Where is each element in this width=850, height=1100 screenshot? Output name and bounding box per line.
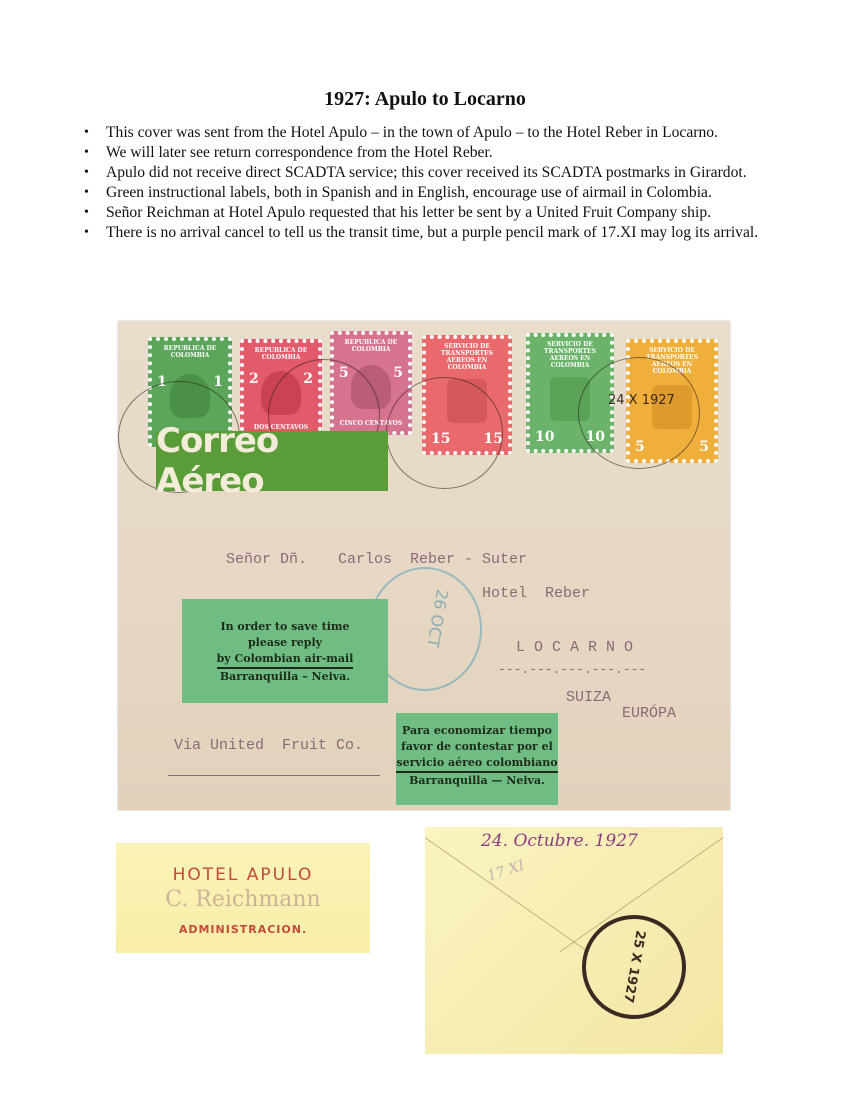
label-line: by Colombian air-mail [217,651,354,669]
stamp-country: SERVICIO DE TRANSPORTES AEREOS EN COLOMB… [532,341,608,369]
address-hotel: Hotel Reber [482,585,590,602]
stamp-value: 2 [249,371,259,415]
address-city: L O C A R N O [516,639,633,656]
label-line: please reply [182,635,388,651]
label-line: Barranquilla – Neiva. [182,669,388,685]
cachet-signature: C. Reichmann [116,887,370,912]
stamp-value: 5 [699,439,709,455]
envelope-front-image: REPUBLICA DE COLOMBIA 11 UN CENTAVO REPU… [118,321,730,810]
address-name: Carlos Reber - Suter [338,551,527,568]
routing-underline [168,775,380,776]
stamp-country: SERVICIO DE TRANSPORTES AEREOS EN COLOMB… [428,343,506,371]
label-line: Barranquilla — Neiva. [396,773,558,789]
stamp-country: REPUBLICA DE COLOMBIA [336,339,406,353]
bullet-item: Apulo did not receive direct SCADTA serv… [82,164,762,182]
spanish-airmail-label: Para economizar tiempo favor de contesta… [396,713,558,805]
routing-instruction: Via United Fruit Co. [174,737,363,754]
english-airmail-label: In order to save time please reply by Co… [182,599,388,703]
bullet-list: This cover was sent from the Hotel Apulo… [82,124,762,244]
address-salutation: Señor Dñ. [226,551,307,568]
label-line: servicio aéreo colombiano [396,755,557,773]
label-line: favor de contestar por el [396,739,558,755]
bullet-item: This cover was sent from the Hotel Apulo… [82,124,762,142]
page-title: 1927: Apulo to Locarno [0,88,850,111]
cancel-date: 25 X 1927 [620,926,649,1007]
label-line: In order to save time [182,619,388,635]
bullet-item: There is no arrival cancel to tell us th… [82,224,762,242]
postmark-cancel [578,357,700,469]
correo-aereo-label: Correo Aéreo [156,431,388,491]
postmark-cancel [386,377,503,489]
address-country: SUIZA [566,689,611,706]
address-continent: EURÓPA [622,705,676,722]
bullet-item: Señor Reichman at Hotel Apulo requested … [82,204,762,222]
pencil-arrival-mark: 17 XI [485,858,526,885]
label-line: Para economizar tiempo [396,723,558,739]
stamp-country: REPUBLICA DE COLOMBIA [246,347,316,361]
cachet-hotel-name: HOTEL APULO [116,865,370,885]
stamp-value: 10 [535,429,554,445]
scadta-barranquilla-cancel: 25 X 1927 [582,915,686,1019]
handwritten-date: 24. Octubre. 1927 [481,831,638,851]
blue-cancel-date: 26 OCT [423,588,452,649]
hotel-apulo-cachet: HOTEL APULO C. Reichmann ADMINISTRACION. [116,843,370,953]
stamp-country: REPUBLICA DE COLOMBIA [154,345,226,359]
envelope-back-image: 24. Octubre. 1927 17 XI 25 X 1927 [425,827,723,1054]
address-dashes: ---.---.---.---.--- [498,662,646,677]
bullet-item: Green instructional labels, both in Span… [82,184,762,202]
cachet-administration: ADMINISTRACION. [116,923,370,936]
postmark-date: 24 X 1927 [608,393,675,408]
bullet-item: We will later see return correspondence … [82,144,762,162]
envelope-flap-line [425,837,589,953]
